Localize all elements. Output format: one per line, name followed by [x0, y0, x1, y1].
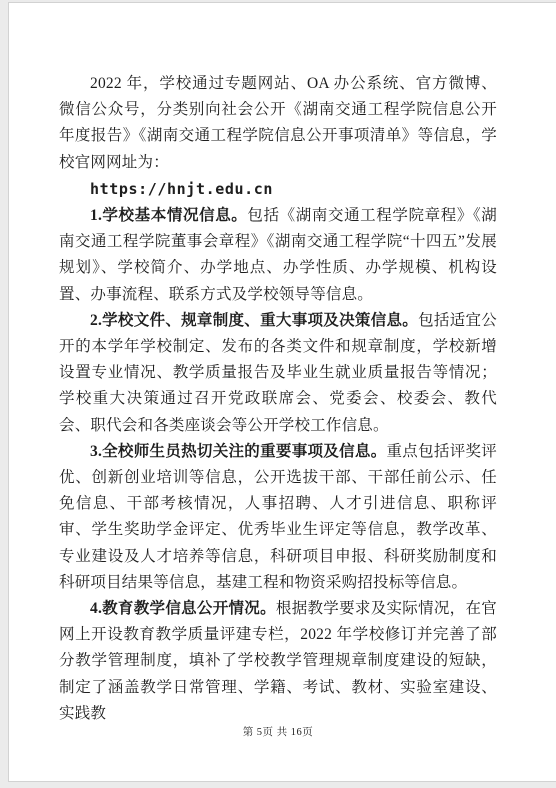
section-3-body: 重点包括评奖评优、创新创业培训等信息，公开选拔干部、干部任前公示、任免信息、干部…: [59, 443, 497, 591]
document-content: 2022 年，学校通过专题网站、OA 办公系统、官方微博、微信公众号，分类别向社…: [59, 71, 497, 727]
screenshot-root: { "page": { "background_color": "#ebebeb…: [0, 0, 556, 788]
page-footer: 第 5页 共 16页: [59, 724, 497, 739]
section-2-body: 包括适宜公开的本学年学校制定、发布的各类文件和规章制度，学校新增设置专业情况、教…: [59, 312, 497, 434]
section-paragraph-1: 1.学校基本情况信息。包括《湖南交通工程学院章程》《湖南交通工程学院董事会章程》…: [59, 203, 497, 308]
section-4-heading: 4.教育教学信息公开情况。: [90, 600, 276, 617]
intro-paragraph: 2022 年，学校通过专题网站、OA 办公系统、官方微博、微信公众号，分类别向社…: [59, 71, 497, 176]
section-paragraph-3: 3.全校师生员热切关注的重要事项及信息。重点包括评奖评优、创新创业培训等信息，公…: [59, 439, 497, 596]
intro-text: 2022 年，学校通过专题网站、OA 办公系统、官方微博、微信公众号，分类别向社…: [59, 75, 497, 171]
section-paragraph-4: 4.教育教学信息公开情况。根据教学要求及实际情况，在官网上开设教育教学质量评建专…: [59, 596, 497, 727]
section-paragraph-2: 2.学校文件、规章制度、重大事项及决策信息。包括适宜公开的本学年学校制定、发布的…: [59, 308, 497, 439]
url-line: https://hnjt.edu.cn: [59, 176, 497, 203]
section-3-heading: 3.全校师生员热切关注的重要事项及信息。: [90, 443, 387, 460]
website-url: https://hnjt.edu.cn: [90, 180, 273, 198]
section-4-body: 根据教学要求及实际情况，在官网上开设教育教学质量评建专栏，2022 年学校修订并…: [59, 600, 497, 722]
document-page: 2022 年，学校通过专题网站、OA 办公系统、官方微博、微信公众号，分类别向社…: [8, 2, 556, 782]
section-2-heading: 2.学校文件、规章制度、重大事项及决策信息。: [90, 312, 418, 329]
section-1-heading: 1.学校基本情况信息。: [90, 207, 247, 224]
page-number-text: 第 5页 共 16页: [243, 727, 314, 738]
